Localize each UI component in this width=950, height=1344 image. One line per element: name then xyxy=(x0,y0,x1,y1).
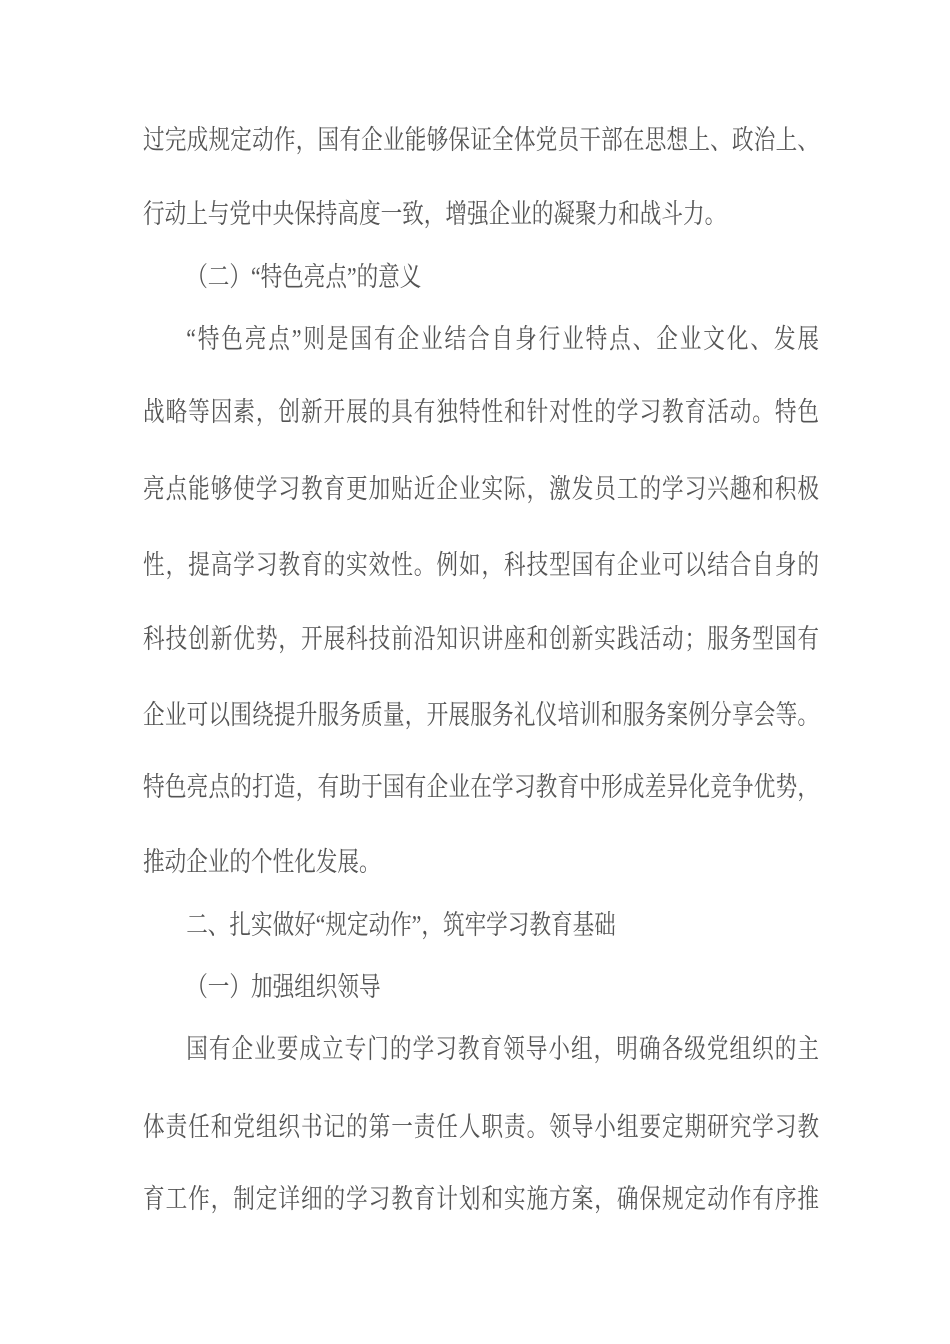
paragraph-line: 亮点能够使学习教育更加贴近企业实际，激发员工的学习兴趣和积极 xyxy=(143,468,819,510)
paragraph-line: 推动企业的个性化发展。 xyxy=(143,841,819,883)
heading-line: （一）加强组织领导 xyxy=(143,966,819,1008)
paragraph-line: 战略等因素，创新开展的具有独特性和针对性的学习教育活动。特色 xyxy=(143,391,819,433)
paragraph-line: 体责任和党组织书记的第一责任人职责。领导小组要定期研究学习教 xyxy=(143,1106,819,1148)
paragraph-line: “特色亮点”则是国有企业结合自身行业特点、企业文化、发展 xyxy=(143,318,819,360)
paragraph-line: 行动上与党中央保持高度一致，增强企业的凝聚力和战斗力。 xyxy=(143,193,819,235)
paragraph-line: 特色亮点的打造，有助于国有企业在学习教育中形成差异化竞争优势， xyxy=(143,766,819,808)
paragraph-line: 企业可以围绕提升服务质量，开展服务礼仪培训和服务案例分享会等。 xyxy=(143,694,819,736)
heading-line: 二、扎实做好“规定动作”，筑牢学习教育基础 xyxy=(143,904,819,946)
paragraph-line: 育工作，制定详细的学习教育计划和实施方案，确保规定动作有序推 xyxy=(143,1178,819,1220)
document-page: 过完成规定动作，国有企业能够保证全体党员干部在思想上、政治上、行动上与党中央保持… xyxy=(0,0,950,1344)
paragraph-line: 过完成规定动作，国有企业能够保证全体党员干部在思想上、政治上、 xyxy=(143,119,819,161)
paragraph-line: 性，提高学习教育的实效性。例如，科技型国有企业可以结合自身的 xyxy=(143,544,819,586)
heading-line: （二）“特色亮点”的意义 xyxy=(143,256,819,298)
paragraph-line: 国有企业要成立专门的学习教育领导小组，明确各级党组织的主 xyxy=(143,1028,819,1070)
paragraph-line: 科技创新优势，开展科技前沿知识讲座和创新实践活动；服务型国有 xyxy=(143,618,819,660)
